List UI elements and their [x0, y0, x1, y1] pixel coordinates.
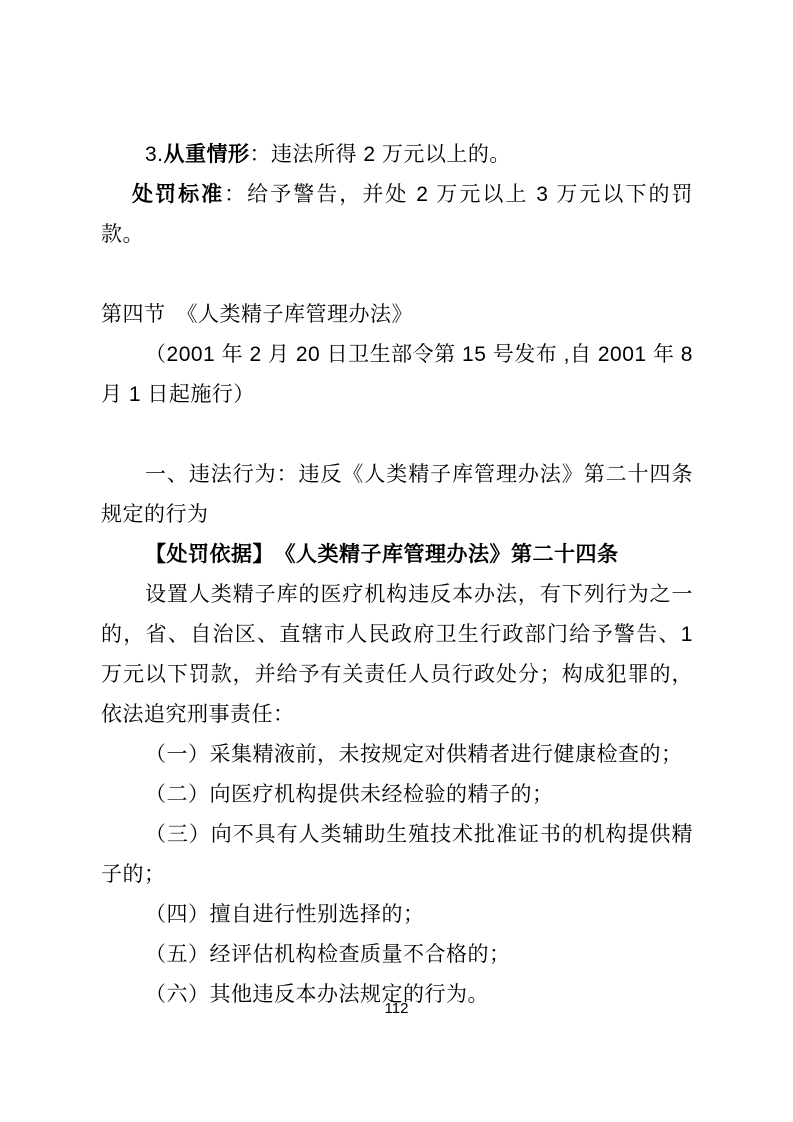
spacer — [101, 415, 693, 455]
penalty-basis-heading: 【处罚依据】 《人类精子库管理办法》第二十四条 — [101, 535, 693, 575]
penalty-standard-paragraph: 处罚标准：给予警告，并处 2 万元以上 3 万元以下的罚款。 — [101, 175, 693, 255]
severity-paragraph: 3.从重情形：违法所得 2 万元以上的。 — [101, 135, 693, 175]
document-body: 3.从重情形：违法所得 2 万元以上的。 处罚标准：给予警告，并处 2 万元以上… — [101, 135, 693, 1015]
clause-item-2: （二）向医疗机构提供未经检验的精子的； — [101, 775, 693, 815]
spacer — [101, 255, 693, 295]
severity-text: ：违法所得 2 万元以上的。 — [250, 143, 511, 166]
section-heading: 第四节 《人类精子库管理办法》 — [101, 295, 693, 335]
clause-item-5: （五）经评估机构检查质量不合格的； — [101, 935, 693, 975]
clause-item-4: （四）擅自进行性别选择的； — [101, 895, 693, 935]
penalty-basis-body: 设置人类精子库的医疗机构违反本办法，有下列行为之一的，省、自治区、直辖市人民政府… — [101, 575, 693, 735]
severity-number: 3. — [145, 143, 164, 166]
clause-item-1: （一）采集精液前，未按规定对供精者进行健康检查的； — [101, 735, 693, 775]
violation-item: 一、违法行为：违反《人类精子库管理办法》第二十四条规定的行为 — [101, 455, 693, 535]
penalty-standard-label: 处罚标准 — [132, 183, 224, 206]
clause-item-3: （三）向不具有人类辅助生殖技术批准证书的机构提供精子的； — [101, 815, 693, 895]
page-number: 112 — [0, 998, 793, 1020]
severity-label: 从重情形 — [164, 143, 250, 166]
document-page: 3.从重情形：违法所得 2 万元以上的。 处罚标准：给予警告，并处 2 万元以上… — [0, 0, 793, 1122]
section-issuance-note: （2001 年 2 月 20 日卫生部令第 15 号发布 ,自 2001 年 8… — [101, 335, 693, 415]
